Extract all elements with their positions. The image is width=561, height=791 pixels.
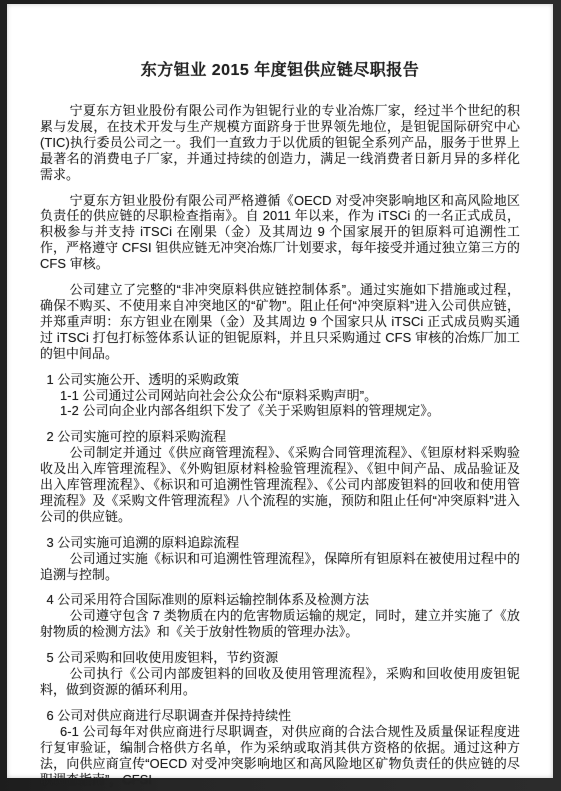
page-content: 东方钽业 2015 年度钽供应链尽职报告 宁夏东方钽业股份有限公司作为钽铌行业的…: [7, 4, 553, 787]
section-2: 2 公司实施可控的原料采购流程 公司制定并通过《供应商管理流程》、《采购合同管理…: [40, 429, 520, 524]
intro-paragraph-1: 宁夏东方钽业股份有限公司作为钽铌行业的专业冶炼厂家，经过半个世纪的积累与发展，在…: [40, 103, 520, 183]
intro-paragraph-2: 宁夏东方钽业股份有限公司严格遵循《OECD 对受冲突影响地区和高风险地区负责任的…: [40, 193, 520, 273]
section-6: 6 公司对供应商进行尽职调查并保持持续性 6-1 公司每年对供应商进行尽职调查，…: [40, 708, 520, 788]
section-6-item-1: 6-1 公司每年对供应商进行尽职调查，对供应商的合法合规性及质量保证程度进行复审…: [40, 724, 520, 788]
section-4-heading: 4 公司采用符合国际准则的原料运输控制体系及检测方法: [40, 592, 520, 608]
section-5-body: 公司执行《公司内部废钽料的回收及使用管理流程》，采购和回收使用废钽铌料，做到资源…: [40, 666, 520, 698]
section-4: 4 公司采用符合国际准则的原料运输控制体系及检测方法 公司遵守包含 7 类物质在…: [40, 592, 520, 640]
section-3-heading: 3 公司实施可追溯的原料追踪流程: [40, 535, 520, 551]
section-5: 5 公司采购和回收使用废钽料，节约资源 公司执行《公司内部废钽料的回收及使用管理…: [40, 650, 520, 698]
section-3-body: 公司通过实施《标识和可追溯性管理流程》，保障所有钽原料在被使用过程中的追溯与控制…: [40, 551, 520, 583]
page-title: 东方钽业 2015 年度钽供应链尽职报告: [40, 60, 520, 82]
section-1-item-2: 1-2 公司向企业内部各组织下发了《关于采购钽原料的管理规定》。: [40, 403, 520, 419]
section-4-body: 公司遵守包含 7 类物质在内的危害物质运输的规定，同时，建立并实施了《放射物质的…: [40, 608, 520, 640]
section-1-item-1: 1-1 公司通过公司网站向社会公众公布“原料采购声明”。: [40, 388, 520, 404]
section-3: 3 公司实施可追溯的原料追踪流程 公司通过实施《标识和可追溯性管理流程》，保障所…: [40, 535, 520, 583]
report-page: 东方钽业 2015 年度钽供应链尽职报告 宁夏东方钽业股份有限公司作为钽铌行业的…: [7, 4, 553, 778]
section-6-heading: 6 公司对供应商进行尽职调查并保持持续性: [40, 708, 520, 724]
intro-paragraph-3: 公司建立了完整的“非冲突原料供应链控制体系”。通过实施如下措施或过程，确保不购买…: [40, 282, 520, 362]
section-5-heading: 5 公司采购和回收使用废钽料，节约资源: [40, 650, 520, 666]
section-1-heading: 1 公司实施公开、透明的采购政策: [40, 372, 520, 388]
section-2-body: 公司制定并通过《供应商管理流程》、《采购合同管理流程》、《钽原材料采购验收及出入…: [40, 445, 520, 525]
section-2-heading: 2 公司实施可控的原料采购流程: [40, 429, 520, 445]
document-frame: 东方钽业 2015 年度钽供应链尽职报告 宁夏东方钽业股份有限公司作为钽铌行业的…: [0, 0, 561, 791]
section-1: 1 公司实施公开、透明的采购政策 1-1 公司通过公司网站向社会公众公布“原料采…: [40, 372, 520, 420]
